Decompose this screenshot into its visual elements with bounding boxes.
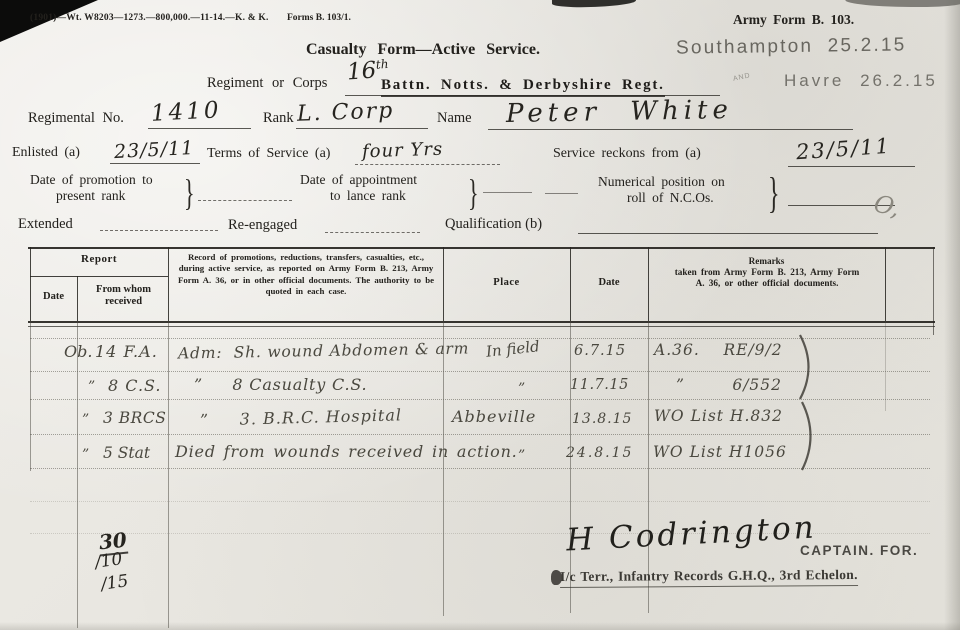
blank-line [110,163,200,164]
cell-report-date: ” [82,447,89,463]
promotion-label-line2: present rank [56,188,125,204]
row-rule [30,371,930,372]
col-header-remarks: taken from Army Form B. 213, Army Form A… [672,267,862,289]
brace-glyph: } [768,171,780,220]
reckons-value: 23/5/11 [795,134,891,165]
table-header-bottom2 [28,326,935,327]
cell-remarks: WO List H1056 [653,443,787,461]
column-line [168,321,169,628]
numerical-label-line1: Numerical position on [598,174,725,190]
row-rule [30,434,930,435]
column-line [77,321,78,628]
cell-remarks: WO List H.832 [654,407,783,425]
reckons-label: Service reckons from (a) [553,146,701,162]
cell-record: ” 8 Casualty C.S. [194,375,367,394]
regiment-stamp: Battn. Notts. & Derbyshire Regt. [381,77,665,97]
promotion-label-line1: Date of promotion to [30,172,153,188]
row-rule [30,501,930,502]
army-form-number: Army Form B. 103. [733,12,854,28]
cell-place: Abbeville [452,407,536,426]
signature: H Codrington [565,509,817,558]
cell-record: Adm: Sh. wound Abdomen & arm [178,339,469,362]
column-line [885,321,886,411]
cell-report-date: ” [88,379,95,395]
captain-stamp: CAPTAIN. FOR. [800,543,918,558]
table-header-report: Report [30,253,168,265]
appointment-label-line2: to lance rank [330,188,406,204]
footer-date-year: /15 [100,571,130,595]
scan-edge-artifact [0,622,960,630]
cell-record: Died from wounds received in action. [175,442,518,461]
extended-label: Extended [18,216,73,233]
table-top-border [28,247,935,249]
blank-line [148,128,251,129]
cell-date: 13.8.15 [572,411,632,427]
rank-label: Rank [263,110,294,127]
cell-date: 24.8.15 [566,445,633,461]
rank-value: L. Corp [297,98,395,126]
brace-glyph: } [468,171,479,215]
battalion-number: 16 [346,57,377,85]
qualification-label: Qualification (b) [445,216,542,233]
table-header-bottom [28,321,935,323]
cell-place: ” [518,381,525,397]
blank-line [100,230,218,231]
cell-from-whom: 5 Stat [103,444,150,462]
terms-label: Terms of Service (a) [207,146,330,162]
cell-record: ” 3. B.R.C. Hospital [200,405,402,429]
records-stamp: I/c Terr., Infantry Records G.H.Q., 3rd … [560,567,858,588]
cell-remarks: A.36. RE/9/2 [654,341,783,359]
col-header-report-date: Date [30,291,77,302]
col-header-place: Place [443,277,570,288]
blank-line [296,128,428,129]
cell-report-date: ” [82,412,89,428]
base-stamp: Havre 26.2.15 [784,71,938,91]
scan-smudge-artifact [552,0,636,8]
blank-line [488,129,853,130]
col-header-remarks-title: Remarks [648,256,885,266]
regiment-label: Regiment or Corps [207,75,327,92]
receiving-stamp: Southampton 25.2.15 [676,34,907,59]
forms-ref: Forms B. 103/1. [287,13,351,23]
print-code: (1901)—Wt. W8203—1273.—800,000.—11-14.—K… [30,13,269,23]
cell-date: 11.7.15 [570,377,629,393]
column-line [77,276,78,321]
column-line [933,247,934,335]
table-header-divider [30,276,168,277]
col-header-date: Date [570,277,648,288]
blank-line [198,200,292,201]
numerical-label-line2: roll of N.C.Os. [627,190,714,206]
blank-line [325,232,420,233]
battalion-ordinal: th [375,57,389,72]
cell-from-whom: 3 BRCS [103,409,166,427]
casualty-form-document: (1901)—Wt. W8203—1273.—800,000.—11-14.—K… [0,0,960,630]
blank-line [578,233,878,234]
brace-glyph: } [184,171,195,215]
footer-date-month: /10 [94,549,124,573]
enlisted-label: Enlisted (a) [12,145,80,161]
regimental-no-label: Regimental No. [28,110,124,127]
row-rule [30,338,930,339]
regimental-no-value: 1410 [150,97,222,127]
enlisted-value: 23/5/11 [113,137,194,163]
name-value: Peter White [506,95,733,129]
grouping-bracket [798,334,818,400]
cell-report-date: Ob. [64,342,92,361]
appointment-label-line1: Date of appointment [300,172,417,188]
row-rule [30,399,930,400]
cell-date: 6.7.15 [574,343,626,359]
grouping-bracket [800,401,820,471]
blank-line [483,192,532,193]
column-line [30,321,31,471]
form-title: Casualty Form—Active Service. [306,41,540,59]
scan-smudge-artifact [843,0,960,7]
col-header-from-whom: From whom received [79,284,168,308]
cell-from-whom: 8 C.S. [108,376,162,395]
column-line [168,247,169,321]
scan-edge-artifact [944,0,960,630]
row-rule [30,468,930,469]
cell-from-whom: 14 F.A. [95,342,158,361]
col-header-record: Record of promotions, reductions, transf… [176,252,436,297]
cell-place: In field [485,337,540,361]
cell-place: ” [518,448,525,464]
column-line [885,247,886,321]
blank-line [545,193,578,194]
pencil-mark: O, [871,189,903,222]
name-label: Name [437,110,472,127]
terms-value: four Yrs [362,139,444,163]
and-stamp: AND [732,72,751,83]
reengaged-label: Re-engaged [228,217,297,234]
cell-remarks: ” 6/552 [676,376,782,394]
blank-line [788,166,915,167]
blank-line [355,164,500,165]
